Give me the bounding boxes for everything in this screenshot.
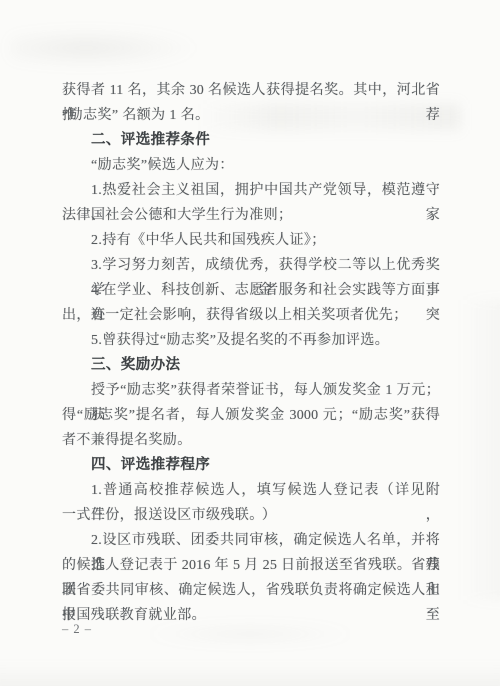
- document-line: 者不兼得提名奖励。: [62, 428, 440, 453]
- scanned-document-page: 获得者 11 名，其余 30 名候选人获得提名奖。其中，河北省推荐“励志奖” 名…: [0, 0, 500, 686]
- document-line: 2.持有《中华人民共和国残疾人证》；: [62, 228, 440, 253]
- document-line: 出，有一定社会影响，获得省级以上相关奖项者优先；: [62, 303, 440, 328]
- document-line: 2.设区市残联、团委共同审核，确定候选人名单，并将推荐: [62, 528, 440, 553]
- document-content: 获得者 11 名，其余 30 名候选人获得提名奖。其中，河北省推荐“励志奖” 名…: [62, 78, 440, 628]
- document-line: “励志奖”候选人应为：: [62, 153, 440, 178]
- document-line: 获得者 11 名，其余 30 名候选人获得提名奖。其中，河北省推荐: [62, 78, 440, 103]
- document-line: 5.曾获得过“励志奖”及提名奖的不再参加评选。: [62, 328, 440, 353]
- document-line: 3.学习努力刻苦，成绩优秀，获得学校二等以上优秀奖学金；: [62, 253, 440, 278]
- scan-smudge: [0, 664, 500, 686]
- document-line: 授予“励志奖”获得者荣誉证书，每人颁发奖金 1 万元；获: [62, 378, 440, 403]
- section-heading: 三、奖励办法: [62, 353, 440, 378]
- document-line: 1.热爱社会主义祖国，拥护中国共产党领导，模范遵守国家: [62, 178, 440, 203]
- document-line: 1.普通高校推荐候选人，填写候选人登记表（详见附件），: [62, 478, 440, 503]
- document-line: 4.在学业、科技创新、志愿者服务和社会实践等方面事迹突: [62, 278, 440, 303]
- section-heading: 二、评选推荐条件: [62, 128, 440, 153]
- scan-smudge: [10, 28, 200, 68]
- document-line: 团省委共同审核、确定候选人，省残联负责将确定候选人上报至: [62, 578, 440, 603]
- scan-smudge: [460, 300, 500, 600]
- document-line: 得“励志奖”提名者，每人颁发奖金 3000 元；“励志奖”获得: [62, 403, 440, 428]
- page-number: – 2 –: [62, 622, 92, 637]
- document-line: 的候选人登记表于 2016 年 5 月 25 日前报送至省残联。省残联和: [62, 553, 440, 578]
- section-heading: 四、评选推荐程序: [62, 453, 440, 478]
